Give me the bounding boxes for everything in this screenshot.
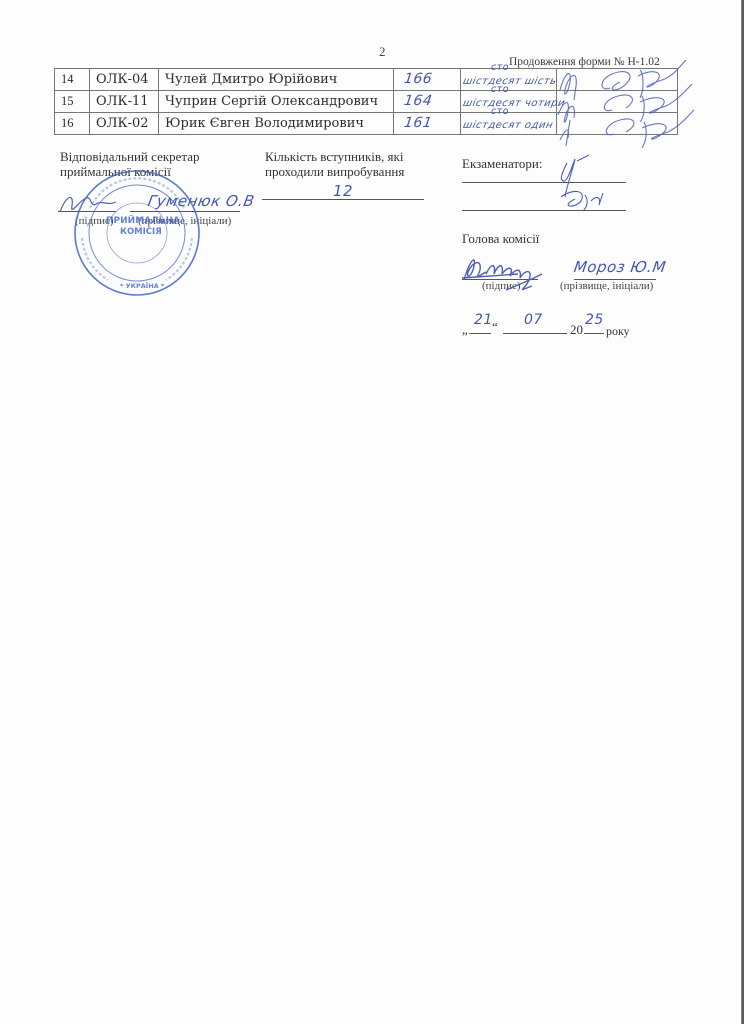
- row-number: 16: [55, 113, 90, 135]
- score-cell: 166: [394, 69, 461, 91]
- table-row: 14 ОЛК-04 Чулей Дмитро Юрійович 166 сто …: [55, 69, 678, 91]
- score-words-cell: сто шістдесят один: [461, 113, 557, 135]
- stamp-center-line1: ПРИЙМАЛЬНА: [106, 216, 180, 226]
- stamp-center-line2: КОМІСІЯ: [120, 227, 162, 237]
- chair-signature-caption: (підпис): [482, 280, 521, 292]
- examiner-signatures-cell: [557, 91, 678, 113]
- date-day-line: [469, 333, 491, 334]
- score-words-line1: сто: [491, 106, 509, 117]
- secretary-signature-line: [58, 211, 116, 212]
- date-year-word: року: [606, 324, 630, 339]
- date-day: 21: [474, 312, 493, 328]
- chair-name-caption: (прізвище, ініціали): [560, 280, 653, 292]
- score-handwritten: 166: [403, 71, 433, 87]
- date-year-suffix: 25: [585, 312, 604, 328]
- applicants-label-line2: проходили випробування: [265, 164, 404, 179]
- examiners-signature-scribble: [545, 145, 625, 215]
- score-handwritten: 161: [403, 115, 433, 131]
- table-row: 16 ОЛК-02 Юрик Євген Володимирович 161 с…: [55, 113, 678, 135]
- examiner-line-1: [462, 182, 626, 183]
- secretary-name-line: [130, 211, 240, 212]
- score-words-line2: шістдесят один: [462, 120, 554, 131]
- stamp-bottom-text: * УКРАЇНА *: [120, 282, 164, 290]
- applicant-name: Чулей Дмитро Юрійович: [159, 69, 394, 91]
- examiner-line-2: [462, 210, 626, 211]
- score-words-line1: сто: [491, 84, 509, 95]
- applicants-count-handwritten: 12: [333, 182, 353, 200]
- applicant-name: Чуприн Сергій Олександрович: [159, 91, 394, 113]
- score-cell: 164: [394, 91, 461, 113]
- applicant-code: ОЛК-04: [90, 69, 159, 91]
- examiner-signatures-cell: [557, 113, 678, 135]
- row-number: 15: [55, 91, 90, 113]
- secretary-title-line2: приймальної комісії: [60, 164, 171, 179]
- applicant-code: ОЛК-02: [90, 113, 159, 135]
- applicant-code: ОЛК-11: [90, 91, 159, 113]
- date-open-quote: „: [462, 322, 468, 337]
- examiner-signatures-cell: [557, 69, 678, 91]
- secretary-title-line1: Відповідальний секретар: [60, 149, 200, 164]
- row-number: 14: [55, 69, 90, 91]
- form-continuation-note: Продовження форми № Н-1.02: [509, 56, 660, 68]
- results-table: 14 ОЛК-04 Чулей Дмитро Юрійович 166 сто …: [54, 68, 678, 135]
- date-month-line: [503, 333, 567, 334]
- score-words-line2: шістдесят шість: [462, 76, 558, 87]
- chair-name-handwritten: Мороз Ю.М: [573, 258, 667, 276]
- score-words-line1: сто: [491, 62, 509, 73]
- secretary-name-handwritten: Гуменюк О.В: [146, 192, 256, 210]
- score-handwritten: 164: [403, 93, 433, 109]
- chair-label: Голова комісії: [462, 231, 539, 246]
- table-row: 15 ОЛК-11 Чуприн Сергій Олександрович 16…: [55, 91, 678, 113]
- applicant-name: Юрик Євген Володимирович: [159, 113, 394, 135]
- date-year-prefix: 20: [570, 322, 583, 337]
- examiners-label: Екзаменатори:: [462, 156, 542, 171]
- date-month: 07: [524, 312, 543, 328]
- score-cell: 161: [394, 113, 461, 135]
- date-close-quote: “: [492, 319, 498, 334]
- applicants-label-line1: Кількість вступників, які: [265, 149, 403, 164]
- date-year-line: [584, 333, 604, 334]
- page-number: 2: [379, 44, 386, 60]
- score-words-line2: шістдесят чотири: [462, 98, 566, 109]
